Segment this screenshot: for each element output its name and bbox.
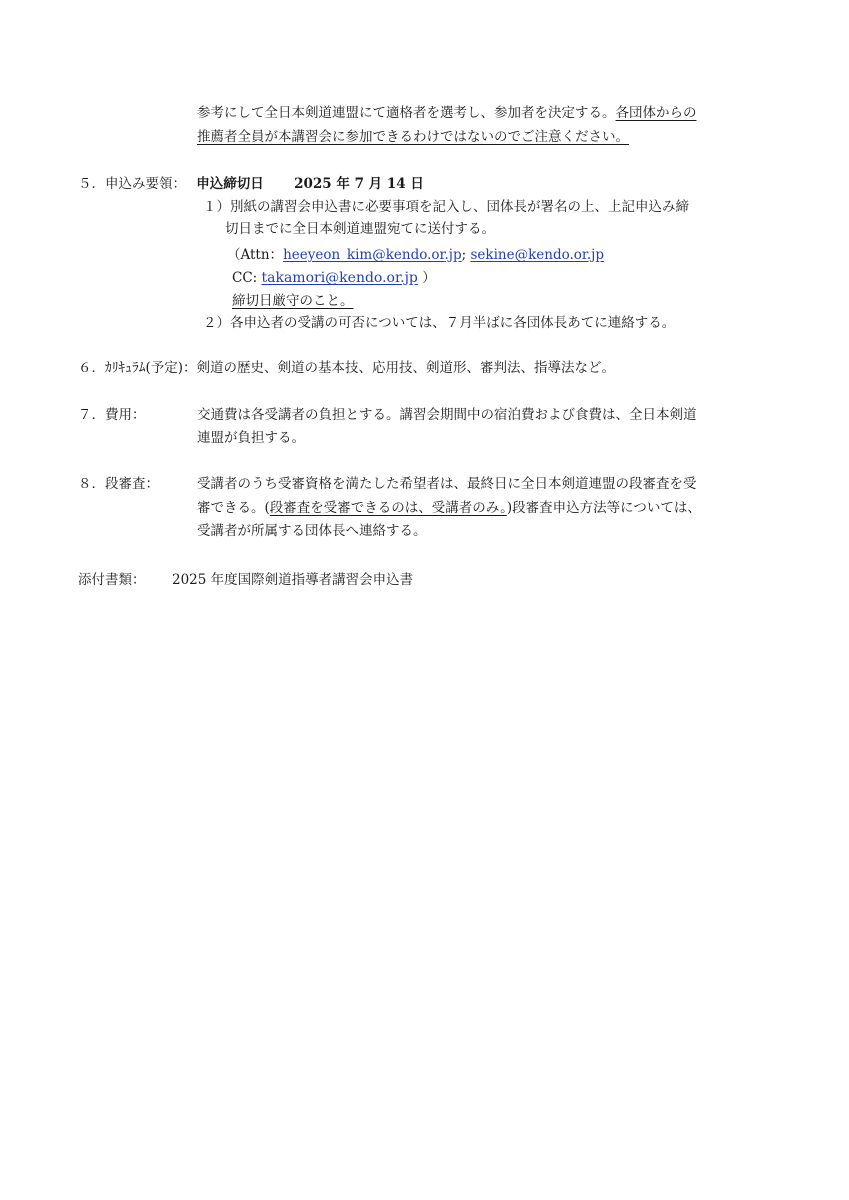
deadline-strict-note: 締切日厳守のこと。: [232, 291, 354, 311]
section-8-line-2: 審できる。(段審査を受審できるのは、受講者のみ。)段審査申込方法等については、: [197, 498, 701, 518]
email-link-takamori[interactable]: takamori@kendo.or.jp: [262, 270, 418, 286]
cc-prefix: CC:: [232, 270, 262, 286]
section-5-item-1-line-2: 切日までに全日本剣道連盟宛てに送付する。: [225, 219, 495, 239]
deadline-date: 2025 年 7 月 14 日: [294, 176, 424, 192]
deadline-label: 申込締切日: [196, 176, 264, 192]
section-8-line-1: 受講者のうち受審資格を満たした希望者は、最終日に全日本剣道連盟の段審査を受: [197, 474, 697, 494]
attachments-text: 2025 年度国際剣道指導者講習会申込書: [172, 570, 413, 590]
section-6-label: ６．ｶﾘｷｭﾗﾑ(予定)：: [78, 360, 197, 376]
email-link-heeyeon-kim[interactable]: heeyeon_kim@kendo.or.jp: [283, 247, 462, 263]
section-7-label: ７．費用：: [78, 405, 146, 425]
intro-text: 参考にして全日本剣道連盟にて適格者を選考し、参加者を決定する。: [197, 105, 616, 121]
section-8-label: ８．段審査：: [78, 474, 159, 494]
section-8-underlined-note: 段審査を受審できるのは、受講者のみ。: [270, 500, 507, 516]
intro-underlined-text: 各団体からの: [616, 105, 697, 121]
intro-line-1: 参考にして全日本剣道連盟にて適格者を選考し、参加者を決定する。各団体からの: [197, 103, 697, 123]
attn-prefix: （Attn：: [227, 247, 283, 263]
cc-line: CC: takamori@kendo.or.jp ）: [232, 268, 436, 288]
section-8-text-pre: 審できる。(: [197, 500, 270, 516]
attachments-label: 添付書類：: [78, 570, 146, 590]
section-7-line-2: 連盟が負担する。: [197, 428, 305, 448]
section-5-label: ５．申込み要領：: [78, 176, 186, 192]
section-5-heading: ５．申込み要領： 申込締切日 2025 年 7 月 14 日: [78, 174, 424, 194]
curriculum-text: 剣道の歴史、剣道の基本技、応用技、剣道形、審判法、指導法など。: [197, 360, 616, 376]
intro-underlined-note: 推薦者全員が本講習会に参加できるわけではないのでご注意ください。: [197, 129, 629, 145]
section-6: ６．ｶﾘｷｭﾗﾑ(予定)：剣道の歴史、剣道の基本技、応用技、剣道形、審判法、指導…: [78, 358, 615, 378]
section-8-line-3: 受講者が所属する団体長へ連絡する。: [197, 521, 427, 541]
section-5-item-1-line-1: １）別紙の講習会申込書に必要事項を記入し、団体長が署名の上、上記申込み締: [203, 197, 689, 217]
attn-line: （Attn：heeyeon_kim@kendo.or.jp; sekine@ke…: [227, 245, 604, 265]
section-5-item-2: ２）各申込者の受講の可否については、７月半ばに各団体長あてに連絡する。: [203, 313, 675, 333]
section-7-line-1: 交通費は各受講者の負担とする。講習会期間中の宿泊費および食費は、全日本剣道: [197, 405, 697, 425]
section-8-text-post: )段審査申込方法等については、: [507, 500, 701, 516]
cc-suffix: ）: [418, 270, 436, 286]
email-link-sekine[interactable]: sekine@kendo.or.jp: [470, 247, 604, 263]
intro-line-2: 推薦者全員が本講習会に参加できるわけではないのでご注意ください。: [197, 127, 629, 147]
